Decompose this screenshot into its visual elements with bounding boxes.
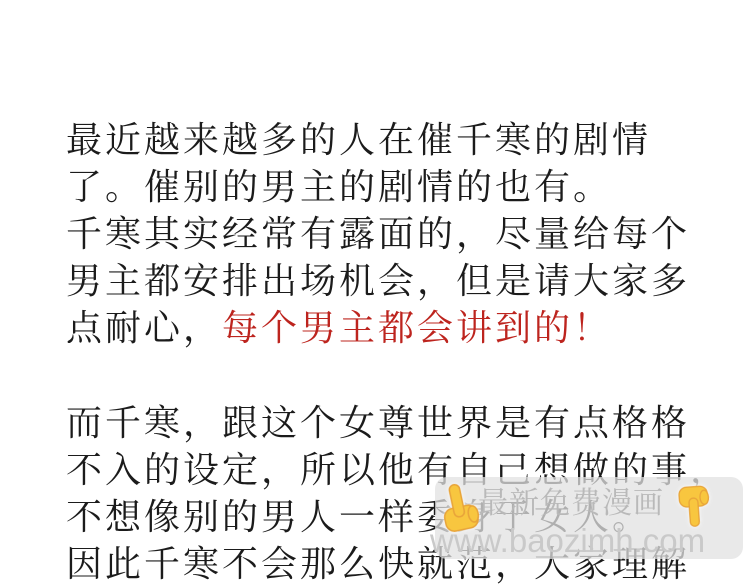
note-line: 最近越来越多的人在催千寒的剧情	[66, 117, 690, 164]
note-text: 千寒其实经常有露面的，尽量给每个	[66, 214, 690, 255]
note-line: 千寒其实经常有露面的，尽量给每个	[66, 211, 690, 258]
note-line: 了。催别的男主的剧情的也有。	[66, 164, 690, 211]
comic-note-page: 最近越来越多的人在催千寒的剧情 了。催别的男主的剧情的也有。 千寒其实经常有露面…	[0, 0, 750, 586]
note-text: 点耐心，	[66, 308, 222, 349]
note-line: 男主都安排出场机会，但是请大家多	[66, 258, 690, 305]
pointing-hand-down-icon	[676, 483, 711, 530]
watermark-site-name: 最新免费漫画	[478, 489, 664, 519]
note-text: 男主都安排出场机会，但是请大家多	[66, 261, 690, 302]
note-text-emphasis: 每个男主都会讲到的！	[222, 308, 612, 349]
note-text: 了。催别的男主的剧情的也有。	[66, 167, 612, 208]
author-note-paragraph-1: 最近越来越多的人在催千寒的剧情 了。催别的男主的剧情的也有。 千寒其实经常有露面…	[66, 117, 690, 352]
note-line: 而千寒，跟这个女尊世界是有点格格	[66, 400, 729, 447]
note-line: 点耐心，每个男主都会讲到的！	[66, 305, 690, 352]
note-text: 最近越来越多的人在催千寒的剧情	[66, 120, 651, 161]
note-text: 而千寒，跟这个女尊世界是有点格格	[66, 403, 690, 444]
watermark-site-url: www.baozimh.com	[430, 524, 705, 558]
